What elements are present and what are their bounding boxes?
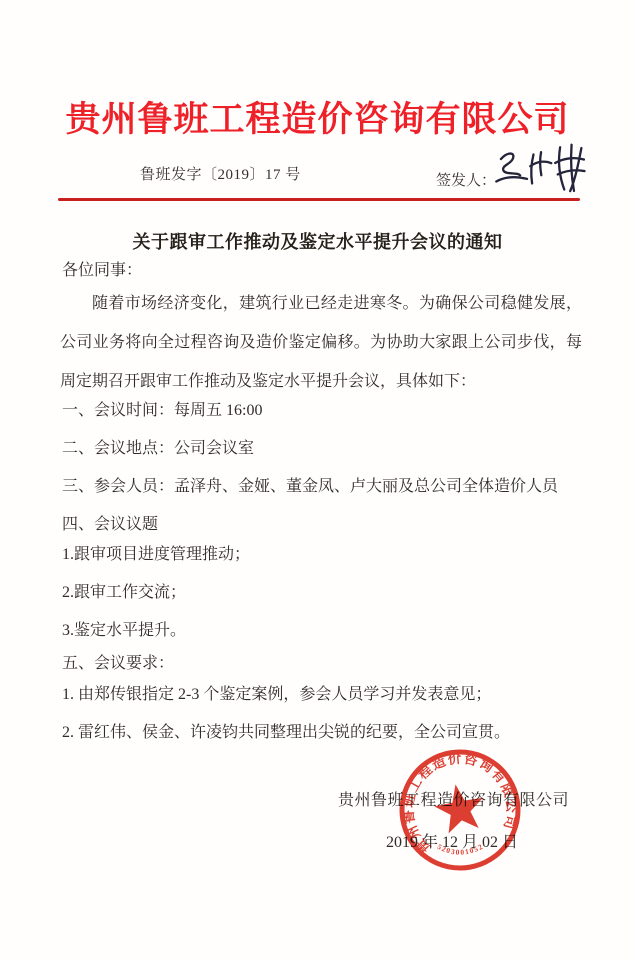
seal-number: 5203001052	[435, 834, 486, 861]
list-item: 3.鉴定水平提升。	[62, 612, 584, 650]
greeting: 各位同事：	[62, 257, 142, 280]
signature-stroke	[495, 153, 527, 182]
header-divider	[58, 198, 580, 201]
signature-stroke	[530, 152, 553, 184]
list-item: 1. 由郑传银指定 2-3 个鉴定案例，参会人员学习并发表意见；	[62, 676, 584, 714]
list-item: 1.跟审项目进度管理推动；	[62, 536, 584, 574]
list-item: 一、会议时间：每周五 16:00	[62, 392, 584, 430]
company-title: 贵州鲁班工程造价咨询有限公司	[0, 92, 635, 142]
svg-text:5203001052: 5203001052	[435, 834, 486, 861]
list-item: 三、参会人员：孟泽舟、金娅、董金凤、卢大丽及总公司全体造价人员	[62, 468, 584, 506]
issuer-signature	[487, 137, 596, 200]
document-title: 关于跟审工作推动及鉴定水平提升会议的通知	[0, 228, 635, 254]
meeting-info-list: 一、会议时间：每周五 16:00 二、会议地点：公司会议室 三、参会人员：孟泽舟…	[62, 392, 584, 544]
list-item: 二、会议地点：公司会议室	[62, 430, 584, 468]
document-page: 贵州鲁班工程造价咨询有限公司 鲁班发字〔2019〕17 号 签发人： 关于跟审工…	[0, 0, 635, 960]
topics-list: 1.跟审项目进度管理推动； 2.跟审工作交流； 3.鉴定水平提升。	[62, 536, 584, 650]
doc-number: 鲁班发字〔2019〕17 号	[140, 163, 301, 184]
requirements-heading: 五、会议要求：	[62, 650, 174, 678]
issuer-label: 签发人：	[436, 169, 496, 190]
seal-star	[431, 780, 488, 835]
company-seal: 贵州鲁班工程造价咨询有限公司 5203001052	[386, 736, 534, 884]
list-item: 2.跟审工作交流；	[62, 574, 584, 612]
intro-paragraph: 随着市场经济变化，建筑行业已经走进寒冬。为确保公司稳健发展，公司业务将向全过程咨…	[60, 284, 582, 401]
signature-stroke	[554, 144, 585, 192]
